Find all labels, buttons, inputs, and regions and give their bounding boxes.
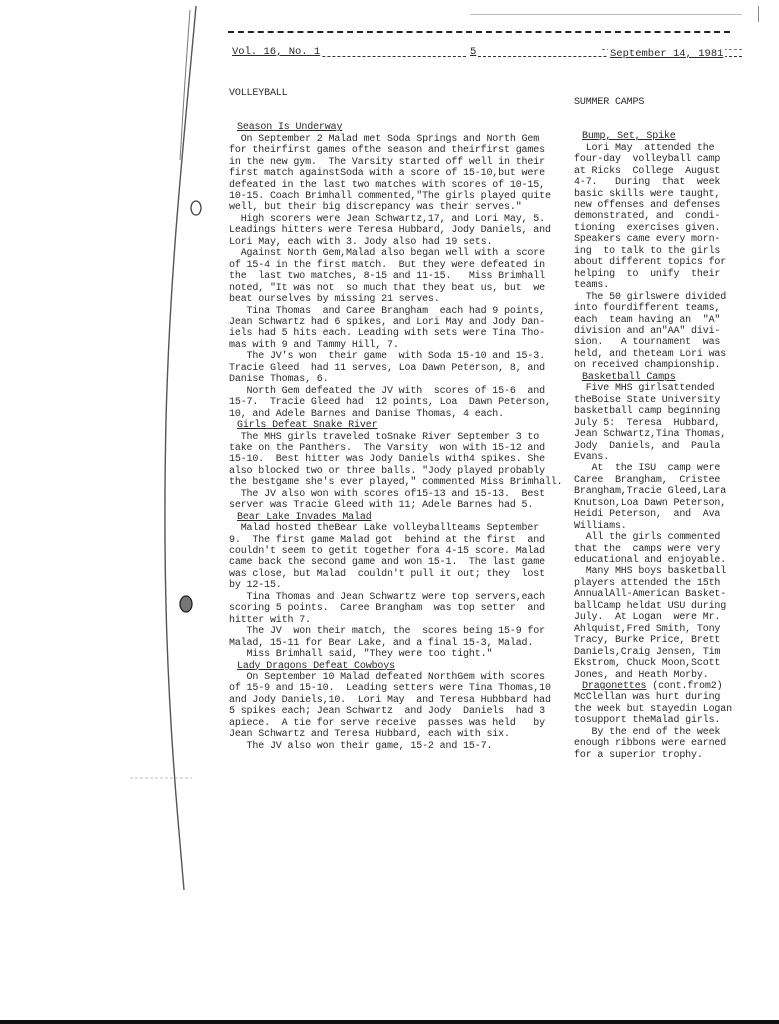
text-line: By the end of the week — [574, 727, 732, 738]
text-line: new offenses and defenses — [574, 200, 732, 211]
text-line: Lori May attended the — [574, 143, 732, 154]
text-line: The 50 girlswere divided — [574, 292, 732, 303]
article-headline: Bump, Set, Spike — [574, 131, 732, 142]
text-line: tosupport theMalad girls. — [574, 715, 732, 726]
text-line: about different topics for — [574, 257, 732, 268]
text-line: All the girls commented — [574, 532, 732, 543]
right-column: SUMMER CAMPS Bump, Set, Spike Lori May a… — [574, 74, 732, 773]
text-line: of 15-9 and 15-10. Leading setters were … — [229, 683, 559, 694]
scan-edge-line — [470, 14, 742, 15]
text-line: in the new gym. The Varsity started off … — [229, 157, 559, 168]
text-line: McClellan was hurt during — [574, 692, 732, 703]
scan-edge-tick — [758, 6, 759, 22]
text-line: Tracie Gleed had 11 serves, Loa Dawn Pet… — [229, 363, 559, 374]
text-line: Jean Schwartz had 6 spikes, and Lori May… — [229, 317, 559, 328]
text-line: 15-10. Best hitter was Jody Daniels with… — [229, 454, 559, 465]
text-line: Against North Gem,Malad also began well … — [229, 248, 559, 259]
text-line: also blocked two or three balls. "Jody p… — [229, 466, 559, 477]
text-line: sion. A tournament was — [574, 337, 732, 348]
text-line: Tina Thomas and Jean Schwartz were top s… — [229, 592, 559, 603]
right-articles: Bump, Set, Spike Lori May attended thefo… — [574, 131, 732, 761]
text-line: 4-7. During that week — [574, 177, 732, 188]
text-line: Knutson,Loa Dawn Peterson, — [574, 498, 732, 509]
text-line: demonstrated, and condi- — [574, 211, 732, 222]
text-line: on received championship. — [574, 360, 732, 371]
text-line: helping to unify their — [574, 269, 732, 280]
text-line: couldn't seem to getit together fora 4-1… — [229, 546, 559, 557]
headline-suffix: (cont.from2) — [646, 681, 722, 692]
left-articles: Season Is Underway On September 2 Malad … — [229, 122, 559, 752]
text-line: iels had 5 hits each. Leading with sets … — [229, 328, 559, 339]
text-line: North Gem defeated the JV with scores of… — [229, 386, 559, 397]
masthead-dashed-rule — [228, 31, 730, 33]
text-line: July. At Logan were Mr. — [574, 612, 732, 623]
text-line: Heidi Peterson, and Ava — [574, 509, 732, 520]
text-line: division and an"AA" divi- — [574, 326, 732, 337]
page-number: 5 — [468, 43, 478, 61]
text-line: the last two matches, 8-15 and 11-15. Mi… — [229, 271, 559, 282]
text-line: theBoise State University — [574, 395, 732, 406]
issue-date: September 14, 1981 — [608, 45, 725, 63]
text-line: ballCamp heldat USU during — [574, 601, 732, 612]
text-line: At the ISU camp were — [574, 463, 732, 474]
text-line: by 12-15. — [229, 580, 559, 591]
text-line: On September 10 Malad defeated NorthGem … — [229, 672, 559, 683]
text-line: for a superior trophy. — [574, 750, 732, 761]
text-line: Lori May, each with 3. Jody also had 19 … — [229, 237, 559, 248]
text-line: well, but their big discrepancy was thei… — [229, 202, 559, 213]
text-line: The JV won their match, the scores being… — [229, 626, 559, 637]
article: Lady Dragons Defeat Cowboys On September… — [229, 661, 559, 753]
text-line: Ekstrom, Chuck Moon,Scott — [574, 658, 732, 669]
text-line: at Ricks College August — [574, 166, 732, 177]
article-headline: Lady Dragons Defeat Cowboys — [229, 661, 559, 672]
text-line: held, and theteam Lori was — [574, 349, 732, 360]
text-line: was close, but Malad couldn't pull it ou… — [229, 569, 559, 580]
text-line: players attended the 15th — [574, 578, 732, 589]
text-line: tioning exercises given. — [574, 223, 732, 234]
text-line: beat ourselves by missing 21 serves. — [229, 294, 559, 305]
volume-number: Vol. 16, No. 1 — [232, 43, 322, 61]
article: Bear Lake Invades Malad Malad hosted the… — [229, 512, 559, 661]
article: Season Is Underway On September 2 Malad … — [229, 122, 559, 420]
text-line: basketball camp beginning — [574, 406, 732, 417]
text-line: Daniels,Craig Jensen, Tim — [574, 647, 732, 658]
text-line: ing to talk to the girls — [574, 246, 732, 257]
headline-text: Lady Dragons Defeat Cowboys — [237, 661, 395, 672]
article-headline: Dragonettes (cont.from2) — [574, 681, 732, 692]
text-line: the week but stayedin Logan — [574, 704, 732, 715]
text-line: Caree Brangham, Cristee — [574, 475, 732, 486]
text-line: High scorers were Jean Schwartz,17, and … — [229, 214, 559, 225]
text-line: Evans. — [574, 452, 732, 463]
text-line: AnnualAll-American Basket- — [574, 589, 732, 600]
text-line: educational and enjoyable. — [574, 555, 732, 566]
text-line: 9. The first game Malad got behind at th… — [229, 535, 559, 546]
text-line: Jean Schwartz and Teresa Hubbard, each w… — [229, 729, 559, 740]
section-title: SUMMER CAMPS — [574, 97, 732, 108]
text-line: Tracy, Burke Price, Brett — [574, 635, 732, 646]
text-line: server was Tracie Gleed with 11; Adele B… — [229, 500, 559, 511]
text-line: On September 2 Malad met Soda Springs an… — [229, 134, 559, 145]
text-line: and Jody Daniels,10. Lori May and Teresa… — [229, 695, 559, 706]
headline-text: Season Is Underway — [237, 122, 342, 133]
text-line: The JV also won their game, 15-2 and 15-… — [229, 741, 559, 752]
text-line: Malad hosted theBear Lake volleyballteam… — [229, 523, 559, 534]
text-line: Miss Brimhall said, "They were too tight… — [229, 649, 559, 660]
text-line: came back the second game and won 15-1. … — [229, 557, 559, 568]
text-line: Ahlquist,Fred Smith, Tony — [574, 624, 732, 635]
text-line: that the camps were very — [574, 544, 732, 555]
text-line: Five MHS girlsattended — [574, 383, 732, 394]
text-line: apiece. A tie for serve receive passes w… — [229, 718, 559, 729]
headline-text: Basketball Camps — [582, 372, 676, 383]
text-line: 15-7. Tracie Gleed had 12 points, Loa Da… — [229, 397, 559, 408]
text-line: The JV also won with scores of15-13 and … — [229, 489, 559, 500]
headline-text: Dragonettes — [582, 681, 646, 692]
binding-line — [165, 6, 196, 890]
text-line: 10-15. Coach Brimhall commented,"The gir… — [229, 191, 559, 202]
page-header: Vol. 16, No. 1 5 September 14, 1981 — [232, 43, 742, 61]
text-line: hitter with 7. — [229, 615, 559, 626]
article-headline: Season Is Underway — [229, 122, 559, 133]
text-line: teams. — [574, 280, 732, 291]
headline-text: Bump, Set, Spike — [582, 131, 676, 142]
text-line: defeated in the last two matches with sc… — [229, 180, 559, 191]
text-line: into fourdifferent teams, — [574, 303, 732, 314]
text-line: each team having an "A" — [574, 315, 732, 326]
text-line: Leadings hitters were Teresa Hubbard, Jo… — [229, 225, 559, 236]
text-line: Brangham,Tracie Gleed,Lara — [574, 486, 732, 497]
text-line: The MHS girls traveled toSnake River Sep… — [229, 432, 559, 443]
text-line: Jean Schwartz,Tina Thomas, — [574, 429, 732, 440]
text-line: mas with 9 and Tammy Hill, 7. — [229, 340, 559, 351]
article-headline: Girls Defeat Snake River — [229, 420, 559, 431]
text-line: Many MHS boys basketball — [574, 566, 732, 577]
punch-hole-icon — [180, 596, 192, 612]
text-line: The JV's won their game with Soda 15-10 … — [229, 351, 559, 362]
headline-text: Bear Lake Invades Malad — [237, 512, 372, 523]
text-line: July 5: Teresa Hubbard, — [574, 418, 732, 429]
binding-line-2 — [180, 10, 190, 160]
text-line: noted, "It was not so much that they bea… — [229, 283, 559, 294]
text-line: of 15-4 in the first match. But they wer… — [229, 260, 559, 271]
headline-text: Girls Defeat Snake River — [237, 420, 377, 431]
article: Basketball Camps Five MHS girlsattendedt… — [574, 372, 732, 681]
section-title: VOLLEYBALL — [229, 88, 559, 99]
left-column: VOLLEYBALL Season Is Underway On Septemb… — [229, 65, 559, 764]
text-line: enough ribbons were earned — [574, 738, 732, 749]
text-line: first match againstSoda with a score of … — [229, 168, 559, 179]
text-line: for theirfirst games ofthe season and th… — [229, 145, 559, 156]
text-line: Danise Thomas, 6. — [229, 374, 559, 385]
article: Dragonettes (cont.from2)McClellan was hu… — [574, 681, 732, 761]
text-line: 10, and Adele Barnes and Danise Thomas, … — [229, 409, 559, 420]
scan-bottom-edge — [0, 1020, 779, 1024]
text-line: take on the Panthers. The Varsity won wi… — [229, 443, 559, 454]
punch-hole-icon — [191, 201, 201, 215]
article: Girls Defeat Snake River The MHS girls t… — [229, 420, 559, 512]
text-line: the bestgame she's ever played," comment… — [229, 477, 559, 488]
text-line: basic skills were taught, — [574, 189, 732, 200]
text-line: Williams. — [574, 521, 732, 532]
text-line: scoring 5 points. Caree Brangham was top… — [229, 603, 559, 614]
article: Bump, Set, Spike Lori May attended thefo… — [574, 131, 732, 372]
article-headline: Bear Lake Invades Malad — [229, 512, 559, 523]
text-line: Jones, and Heath Morby. — [574, 670, 732, 681]
article-headline: Basketball Camps — [574, 372, 732, 383]
text-line: four-day volleyball camp — [574, 154, 732, 165]
text-line: 5 spikes each; Jean Schwartz and Jody Da… — [229, 706, 559, 717]
text-line: Malad, 15-11 for Bear Lake, and a final … — [229, 638, 559, 649]
text-line: Jody Daniels, and Paula — [574, 441, 732, 452]
text-line: Speakers came every morn- — [574, 234, 732, 245]
text-line: Tina Thomas and Caree Brangham each had … — [229, 306, 559, 317]
